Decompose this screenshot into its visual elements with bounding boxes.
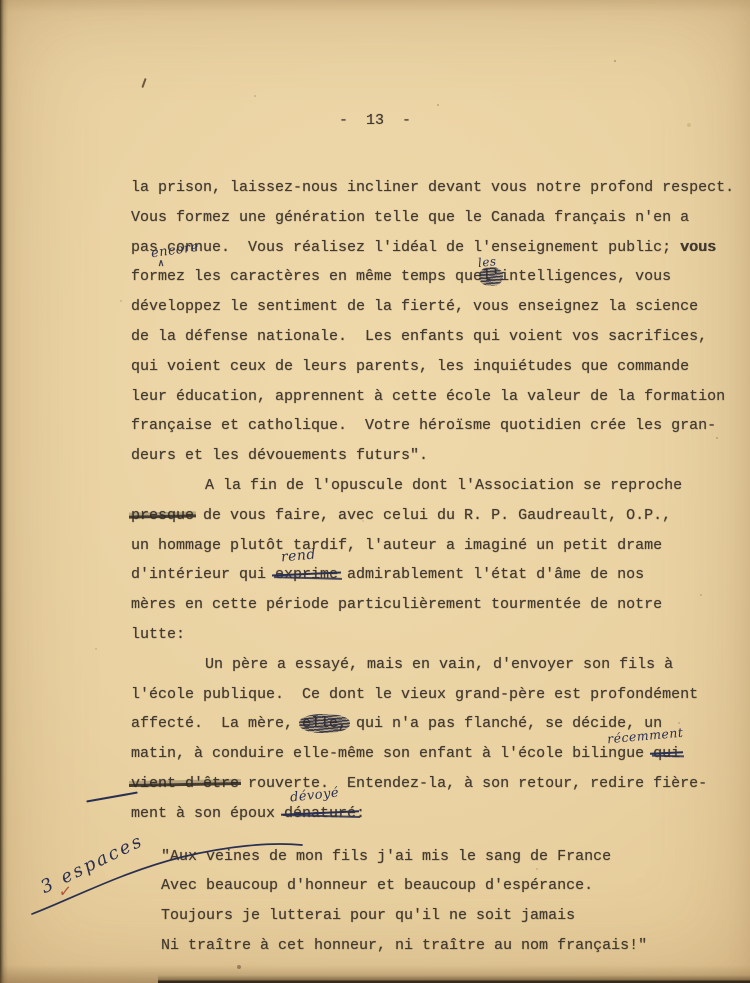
handwritten-insertion-encore: encore <box>149 232 201 268</box>
text-line: d'intérieur qui exprimerend admirablemen… <box>131 560 741 590</box>
scribbled-correction-recemment: quirécemment <box>653 739 680 769</box>
struck-words-vient-detre: vient d'être <box>131 775 239 792</box>
typed-segment: lutte: <box>131 626 185 643</box>
typed-segment: de vous faire, avec celui du R. P. Gaudr… <box>194 507 671 524</box>
typed-segment: Ni traître à cet honneur, ni traître au … <box>161 937 647 954</box>
typed-segment: qui voient ceux de leurs parents, les in… <box>131 358 689 375</box>
typed-segment: un hommage plutôt tardif, l'auteur a ima… <box>131 537 662 554</box>
text-line: pas∧encoreconnue. Vous réalisez l'idéal … <box>131 233 741 263</box>
handwritten-insertion-les: les <box>477 247 499 279</box>
text-line: l'école publique. Ce dont le vieux grand… <box>131 680 741 710</box>
scribbled-correction-les: l'les <box>482 262 500 292</box>
verse-line: Ni traître à cet honneur, ni traître au … <box>161 931 741 961</box>
typed-segment: affecté. La mère, <box>131 715 302 732</box>
red-checkmark: ✓ <box>58 881 72 902</box>
text-line: lutte: <box>131 620 741 650</box>
typed-segment: Un père a essayé, mais en vain, d'envoye… <box>205 656 673 673</box>
struck-word-presque: presque <box>131 507 194 524</box>
text-line: presque de vous faire, avec celui du R. … <box>131 501 741 531</box>
typed-segment: d'intérieur qui <box>131 566 275 583</box>
typed-segment: la prison, laissez-nous incliner devant … <box>131 179 734 196</box>
stray-ink-mark <box>141 78 146 88</box>
text-line: la prison, laissez-nous incliner devant … <box>131 173 741 203</box>
typed-segment: intelligences, vous <box>500 268 671 285</box>
text-line: un hommage plutôt tardif, l'auteur a ima… <box>131 531 741 561</box>
page-number: - 13 - <box>0 112 750 129</box>
typed-segment: : <box>356 805 365 822</box>
scribbled-correction-rend: exprimerend <box>275 560 338 590</box>
text-line: matin, à conduire elle-même son enfant à… <box>131 739 741 769</box>
typed-segment: admirablement l'état d'âme de nos <box>338 566 644 583</box>
handwritten-insertion-rend: rend <box>280 541 317 574</box>
typed-segment: deurs et les dévouements futurs". <box>131 447 428 464</box>
text-line: française et catholique. Votre héroïsme … <box>131 411 741 441</box>
typed-segment: matin, à conduire elle-même son enfant à… <box>131 745 653 762</box>
typed-segment: française et catholique. Votre héroïsme … <box>131 417 716 434</box>
text-line: Vous formez une génération telle que le … <box>131 203 741 233</box>
typed-segment: formez les caractères en même temps que <box>131 268 482 285</box>
page-edge-shadow-bottom <box>158 975 750 983</box>
scribbled-word-elle: elle, <box>302 715 347 732</box>
typed-segment: leur éducation, apprennent à cette école… <box>131 388 725 405</box>
text-line: qui voient ceux de leurs parents, les in… <box>131 352 741 382</box>
typed-segment: développez le sentiment de la fierté, vo… <box>131 298 698 315</box>
text-line: deurs et les dévouements futurs". <box>131 441 741 471</box>
typed-segment: Vous formez une génération telle que le … <box>131 209 689 226</box>
text-line: formez les caractères en même temps quel… <box>131 262 741 292</box>
scanned-manuscript-page: - 13 - la prison, laissez-nous incliner … <box>0 0 750 983</box>
text-line: A la fin de l'opuscule dont l'Associatio… <box>131 471 741 501</box>
text-line: développez le sentiment de la fierté, vo… <box>131 292 741 322</box>
text-line: leur éducation, apprennent à cette école… <box>131 382 741 412</box>
typed-segment: connue. Vous réalisez l'idéal de l'ensei… <box>167 239 680 256</box>
page-edge-shadow-left <box>0 0 8 983</box>
text-line: vient d'être rouverte. Entendez-la, à so… <box>131 769 741 799</box>
typed-segment: l'école publique. Ce dont le vieux grand… <box>131 686 698 703</box>
overtyped-word: vous <box>680 239 716 256</box>
text-line: de la défense nationale. Les enfants qui… <box>131 322 741 352</box>
typed-segment: de la défense nationale. Les enfants qui… <box>131 328 707 345</box>
typed-segment: A la fin de l'opuscule dont l'Associatio… <box>205 477 682 494</box>
text-line: Un père a essayé, mais en vain, d'envoye… <box>131 650 741 680</box>
typed-segment: mères en cette période particulièrement … <box>131 596 662 613</box>
text-line: mères en cette période particulièrement … <box>131 590 741 620</box>
page-edge-shade-top <box>0 0 750 12</box>
handwritten-insertion-devoye: dévoyé <box>289 778 341 813</box>
